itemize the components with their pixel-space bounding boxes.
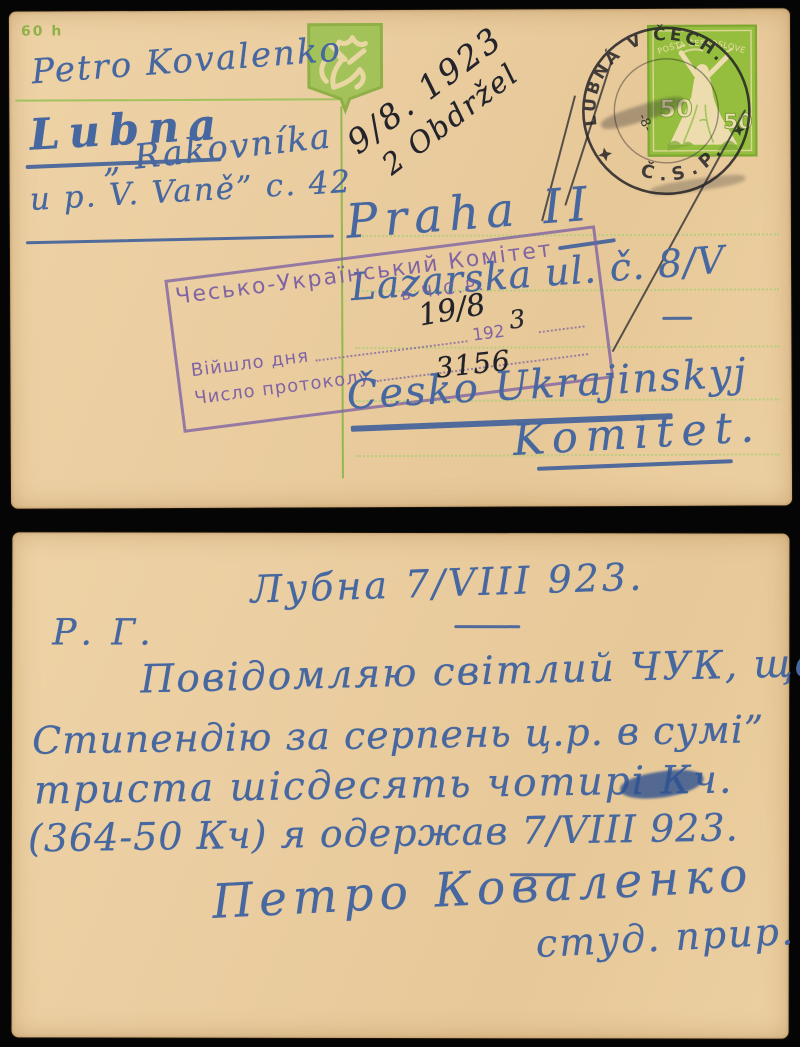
- handstamp-year-ms: 3: [507, 304, 526, 335]
- imprint-denomination: 60 h: [21, 23, 63, 39]
- postmark-org-text: Č.S.P.: [633, 135, 735, 192]
- message-line-4: (364-50 Кч) я одержав 7/VIII 923.: [28, 805, 739, 860]
- divider-line-horizontal: [15, 98, 341, 101]
- back-card: Лубна 7/VIII 923. Р. Г. Повідомляю світл…: [12, 532, 790, 1038]
- message-dateline: Лубна 7/VIII 923.: [250, 555, 645, 612]
- message-signoff: студ. прир.: [535, 909, 796, 966]
- sender-name: Petro Kovalenko: [30, 29, 343, 92]
- message-line-2: Стипендію за серпень ц.р. в сумі”: [32, 707, 765, 762]
- sender-underline: [26, 235, 334, 245]
- handstamp-year: 192: [471, 322, 506, 346]
- message-dateline-underline: [454, 625, 520, 628]
- message-line-1: Повідомляю світлий ЧУК, що: [140, 641, 800, 703]
- sender-street: u p. V. Vaně” c. 42: [29, 164, 353, 218]
- scanned-postal-card: 60 h Petro Kovalenko Lubna: [0, 0, 800, 1047]
- address-street-underline: [662, 317, 692, 320]
- front-card: 60 h Petro Kovalenko Lubna: [9, 8, 792, 508]
- dotted-leader: [539, 324, 585, 333]
- address-org-2: Komitet.: [512, 402, 763, 466]
- message-salutation: Р. Г.: [52, 612, 154, 653]
- svg-text:Č.S.P.: Č.S.P.: [633, 135, 735, 192]
- postmark-date-text: -8-: [634, 112, 655, 134]
